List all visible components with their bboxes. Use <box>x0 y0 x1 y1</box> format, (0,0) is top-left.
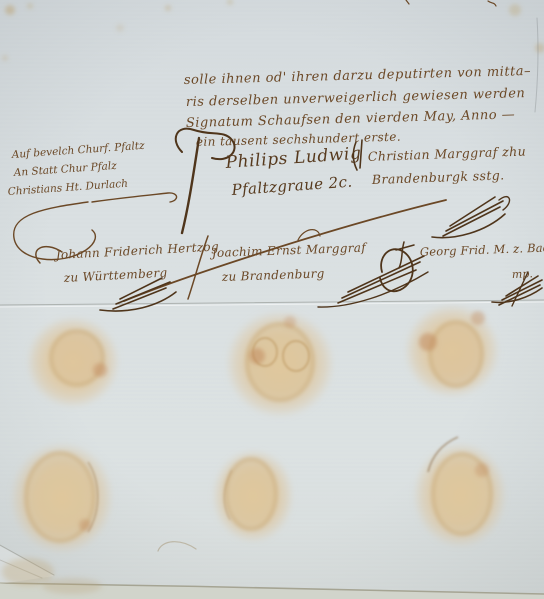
manuscript-scan: solle ihnen od' ihren darzu deputirten v… <box>0 0 544 599</box>
seal-4 <box>10 442 114 554</box>
seal-3 <box>404 304 500 398</box>
signature-title: mp. <box>512 267 533 281</box>
manuscript-svg: solle ihnen od' ihren darzu deputirten v… <box>0 0 544 599</box>
seal-2 <box>225 310 335 418</box>
seal-1 <box>26 316 120 408</box>
seal-5 <box>212 449 294 543</box>
